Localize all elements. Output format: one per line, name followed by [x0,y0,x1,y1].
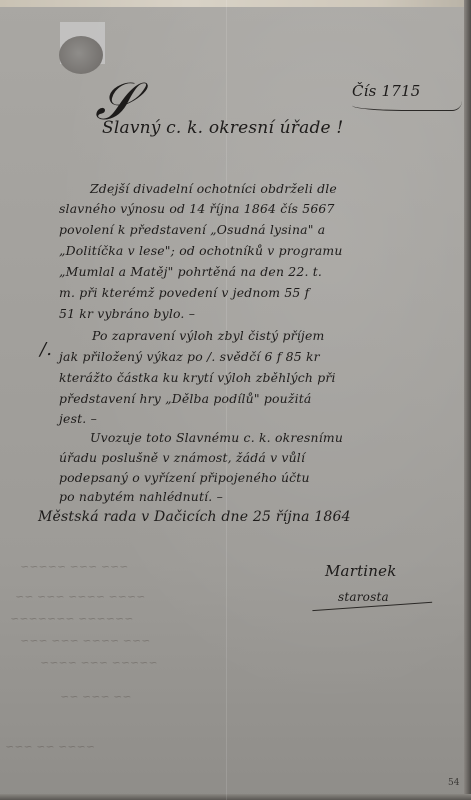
bleed-through-text: ~~~ ~~~ ~~~~~ [20,560,128,573]
page-right-edge [464,0,471,800]
signature-title: starosta [338,590,389,604]
paragraph-3-line-4: po nabytém nahlédnutí. – [59,491,223,503]
salutation: Slavný c. k. okresní úřade ! [102,118,343,138]
paragraph-1-line-2: slavného výnosu od 14 října 1864 čís 566… [59,203,335,215]
paragraph-2-line-1: Po zapravení výloh zbyl čistý příjem [92,330,324,342]
paragraph-1-line-3: povolení k představení „Osudná lysina" a [59,224,325,236]
paragraph-3-line-1: Uvozuje toto Slavnému c. k. okresnímu [90,432,343,444]
wax-seal-icon [59,36,103,74]
paragraph-1-line-5: „Mumlal a Matěj" pohrtěná na den 22. t. [59,266,322,278]
reference-flourish [352,100,462,111]
bleed-through-text: ~~~ ~~~~ ~~~ ~~~ [20,634,150,647]
paragraph-3-line-2: úřadu poslušně v známost, žádá v vůlí [59,452,305,464]
page-top-edge [0,0,471,7]
page-number: 54 [448,778,459,788]
paragraph-1-line-7: 51 kr vybráno bylo. – [59,308,195,320]
paragraph-1-line-6: m. při kterémž povedení v jednom 55 f [59,287,309,299]
paragraph-2-line-3: kterážto částka ku krytí výloh zběhlých … [59,372,336,384]
bleed-through-text: ~~~~~ ~~~ ~~~~ [40,656,158,669]
paragraph-2-line-2: jak přiložený výkaz po /. svědčí 6 f 85 … [59,351,320,363]
signature: Martinek [325,562,397,580]
paragraph-1-line-1: Zdejší divadelní ochotníci obdrželi dle [90,183,337,195]
bleed-through-text: ~~~~ ~~ ~~~ [5,740,95,753]
margin-attachment-mark: /. [40,339,52,360]
paragraph-2-line-4: představení hry „Dělba podílů" použitá [59,393,312,405]
paragraph-3-line-3: podepsaný o vyřízení připojeného účtu [59,472,310,484]
paragraph-1-line-4: „Dolitíčka v lese"; od ochotníků v progr… [59,245,343,257]
page-bottom-edge [0,794,471,800]
bleed-through-text: ~~~~~~ ~~~~~~~ [10,612,133,625]
bleed-through-text: ~~ ~~~ ~~ [60,690,132,703]
bleed-through-text: ~~~~ ~~~~ ~~~ ~~ [15,590,145,603]
closing-place-date: Městská rada v Dačicích dne 25 října 186… [38,509,351,525]
document-page: Čís 1715 𝒮 Slavný c. k. okresní úřade ! … [0,0,471,800]
paragraph-2-line-5: jest. – [59,413,97,425]
reference-number: Čís 1715 [352,82,421,100]
